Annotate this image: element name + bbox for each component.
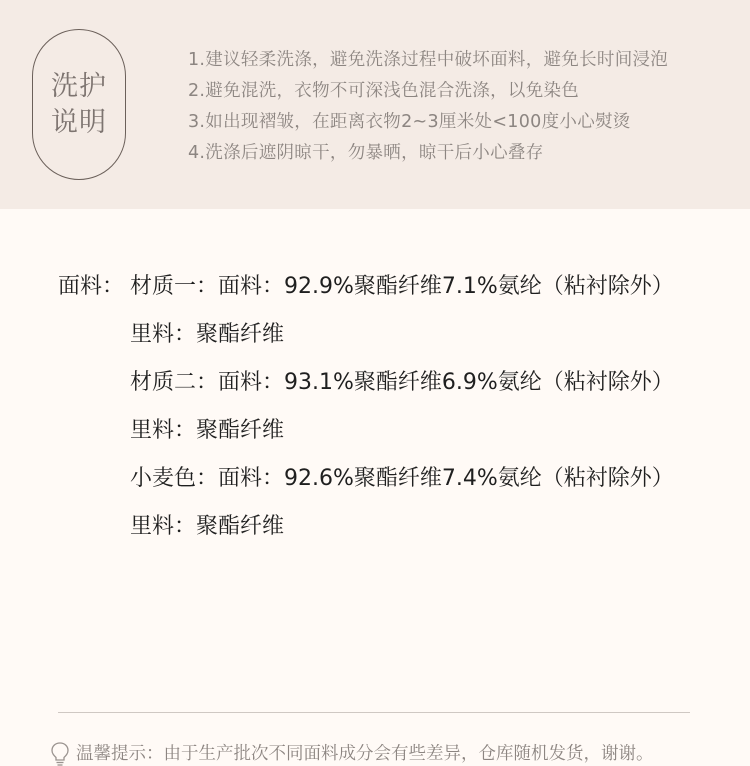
care-item: 2.避免混洗，衣物不可深浅色混合洗涤，以免染色 [188, 76, 748, 107]
care-instructions-list: 1.建议轻柔洗涤，避免洗涤过程中破坏面料，避免长时间浸泡 2.避免混洗，衣物不可… [188, 45, 748, 169]
warm-tip-text: 温馨提示：由于生产批次不同面料成分会有些差异，仓库随机发货，谢谢。 [76, 740, 654, 766]
care-badge-line1: 洗护 [51, 69, 107, 105]
material-line: 里料：聚酯纤维 [130, 311, 678, 359]
material-line: 材质二：面料：93.1%聚酯纤维6.9%氨纶（粘衬除外） [130, 359, 678, 407]
care-badge-line2: 说明 [51, 105, 107, 141]
care-item: 4.洗涤后遮阴晾干，勿暴晒，晾干后小心叠存 [188, 138, 748, 169]
care-instructions-section: 洗护 说明 1.建议轻柔洗涤，避免洗涤过程中破坏面料，避免长时间浸泡 2.避免混… [0, 0, 750, 209]
divider [58, 712, 690, 713]
material-line: 里料：聚酯纤维 [130, 407, 678, 455]
material-list: 材质一：面料：92.9%聚酯纤维7.1%氨纶（粘衬除外） 里料：聚酯纤维 材质二… [130, 263, 698, 551]
care-badge: 洗护 说明 [32, 29, 126, 180]
care-item: 1.建议轻柔洗涤，避免洗涤过程中破坏面料，避免长时间浸泡 [188, 45, 748, 76]
care-item: 3.如出现褶皱，在距离衣物2~3厘米处<100度小心熨烫 [188, 107, 748, 138]
material-label: 面料： [58, 263, 130, 551]
lightbulb-icon [50, 741, 70, 766]
material-line: 里料：聚酯纤维 [130, 503, 678, 551]
material-composition: 面料： 材质一：面料：92.9%聚酯纤维7.1%氨纶（粘衬除外） 里料：聚酯纤维… [58, 263, 698, 551]
warm-tip: 温馨提示：由于生产批次不同面料成分会有些差异，仓库随机发货，谢谢。 [50, 740, 654, 766]
material-line: 小麦色：面料：92.6%聚酯纤维7.4%氨纶（粘衬除外） [130, 455, 678, 503]
material-line: 材质一：面料：92.9%聚酯纤维7.1%氨纶（粘衬除外） [130, 263, 678, 311]
